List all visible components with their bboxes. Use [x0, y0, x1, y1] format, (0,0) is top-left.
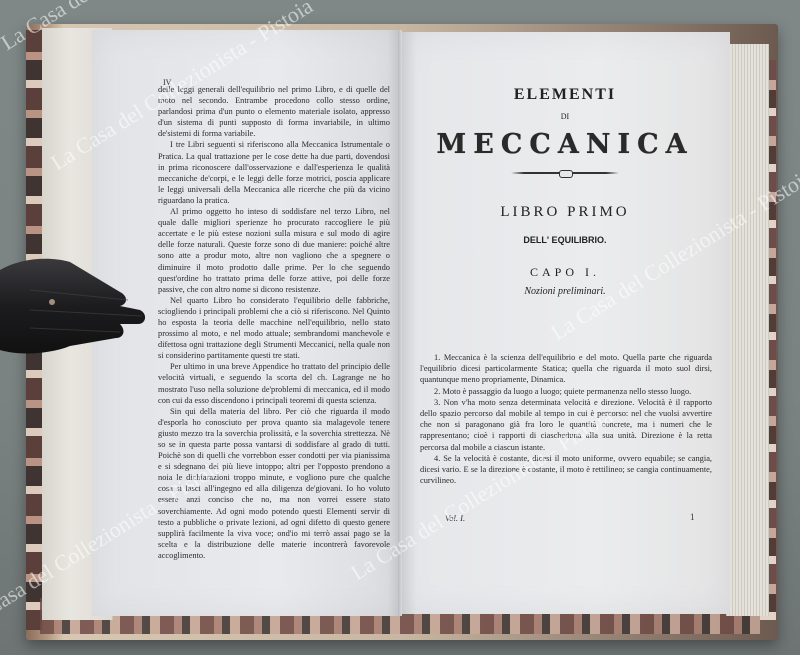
- paragraph: I tre Libri seguenti si riferiscono alla…: [158, 139, 390, 206]
- paragraph: 1. Meccanica è la scienza dell'equilibri…: [420, 352, 712, 386]
- paragraph: Nel quarto Libro ho considerato l'equili…: [158, 295, 390, 362]
- paragraph: 4. Se la velocità è costante, dicesi il …: [420, 453, 712, 487]
- chapter-heading: CAPO I.: [412, 265, 718, 280]
- book-photo: IV delle leggi generali dell'equilibrio …: [0, 0, 800, 655]
- paragraph: 2. Moto è passaggio da luogo a luogo; qu…: [420, 386, 712, 397]
- chapter-text: 1. Meccanica è la scienza dell'equilibri…: [420, 352, 712, 486]
- page-stack-right: [726, 44, 769, 616]
- book-gutter: [398, 30, 402, 616]
- volume-footer: Vol. I.: [445, 513, 465, 523]
- title-di: DI: [412, 112, 718, 121]
- book-subheading: DELL' EQUILIBRIO.: [412, 235, 718, 245]
- gloved-hand-icon: [0, 250, 148, 360]
- paragraph: delle leggi generali dell'equilibrio nel…: [158, 84, 390, 139]
- title-elementi: ELEMENTI: [412, 86, 718, 104]
- paragraph: Per ultimo in una breve Appendice ho tra…: [158, 361, 390, 405]
- paragraph: 3. Non v'ha moto senza determinata veloc…: [420, 397, 712, 453]
- title-meccanica: MECCANICA: [412, 129, 718, 160]
- chapter-title: Nozioni preliminari.: [412, 286, 718, 297]
- paragraph: Sin qui della materia del libro. Per ciò…: [158, 406, 390, 561]
- paragraph: Al primo oggetto ho inteso di soddisfare…: [158, 206, 390, 295]
- preface-text: delle leggi generali dell'equilibrio nel…: [158, 84, 390, 561]
- signature-mark: 1: [690, 512, 695, 522]
- title-block: ELEMENTI DI MECCANICA LIBRO PRIMO DELL' …: [412, 78, 718, 297]
- book-heading: LIBRO PRIMO: [412, 204, 718, 221]
- ornament-rule-icon: [511, 170, 619, 176]
